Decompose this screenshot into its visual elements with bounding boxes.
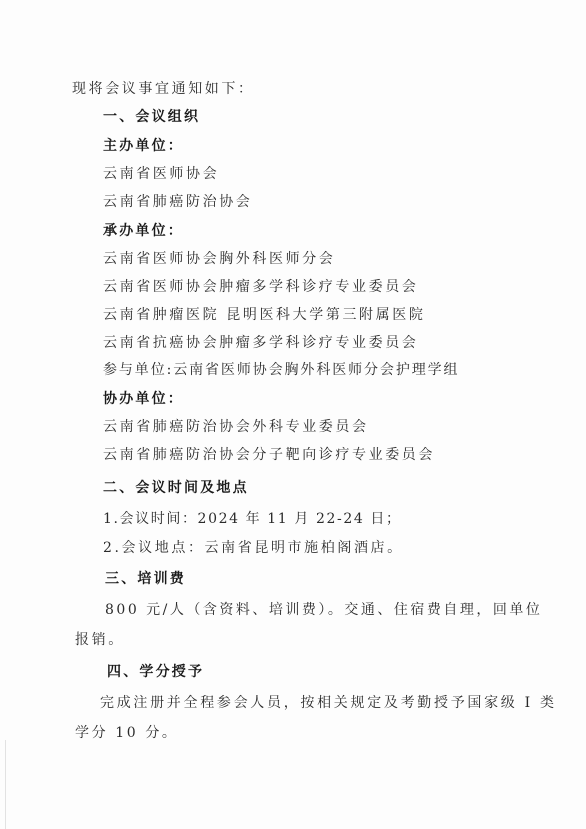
- organizer-item: 云南省医师协会肿瘤多学科诊疗专业委员会: [103, 278, 418, 296]
- organizer-item: 云南省抗癌协会肿瘤多学科诊疗专业委员会: [103, 334, 418, 352]
- host-item: 云南省肺癌防治协会: [103, 193, 252, 211]
- intro-text: 现将会议事宜通知如下：: [72, 80, 255, 98]
- participant-unit: 参与单位:云南省医师协会胸外科医师分会护理学组: [103, 361, 459, 379]
- host-label: 主办单位：: [103, 137, 184, 155]
- document-page: 现将会议事宜通知如下： 一、会议组织 主办单位： 云南省医师协会 云南省肺癌防治…: [0, 0, 586, 829]
- section-4-heading: 四、学分授予: [107, 663, 204, 681]
- meeting-place: 2.会议地点：云南省昆明市施柏阁酒店。: [103, 539, 404, 557]
- section-1-heading: 一、会议组织: [103, 108, 200, 126]
- credit-line-1: 完成注册并全程参会人员，按相关规定及考勤授予国家级 I 类: [100, 694, 557, 712]
- host-item: 云南省医师协会: [103, 165, 219, 183]
- co-organizer-item: 云南省肺癌防治协会外科专业委员会: [103, 418, 369, 436]
- fee-line-1: 800 元/人（含资料、培训费）。交通、住宿费自理，回单位: [105, 601, 542, 619]
- scan-edge-divider: [5, 740, 6, 829]
- co-organizer-label: 协办单位：: [103, 390, 184, 408]
- meeting-time: 1.会议时间：2024 年 11 月 22-24 日；: [103, 510, 402, 528]
- organizer-label: 承办单位：: [103, 222, 184, 240]
- fee-line-2: 报销。: [75, 631, 125, 649]
- organizer-item: 云南省肿瘤医院 昆明医科大学第三附属医院: [103, 306, 425, 324]
- organizer-item: 云南省医师协会胸外科医师分会: [103, 250, 335, 268]
- section-2-heading: 二、会议时间及地点: [103, 479, 249, 497]
- section-3-heading: 三、培训费: [105, 570, 186, 588]
- credit-line-2: 学分 10 分。: [75, 724, 179, 742]
- co-organizer-item: 云南省肺癌防治协会分子靶向诊疗专业委员会: [103, 446, 435, 464]
